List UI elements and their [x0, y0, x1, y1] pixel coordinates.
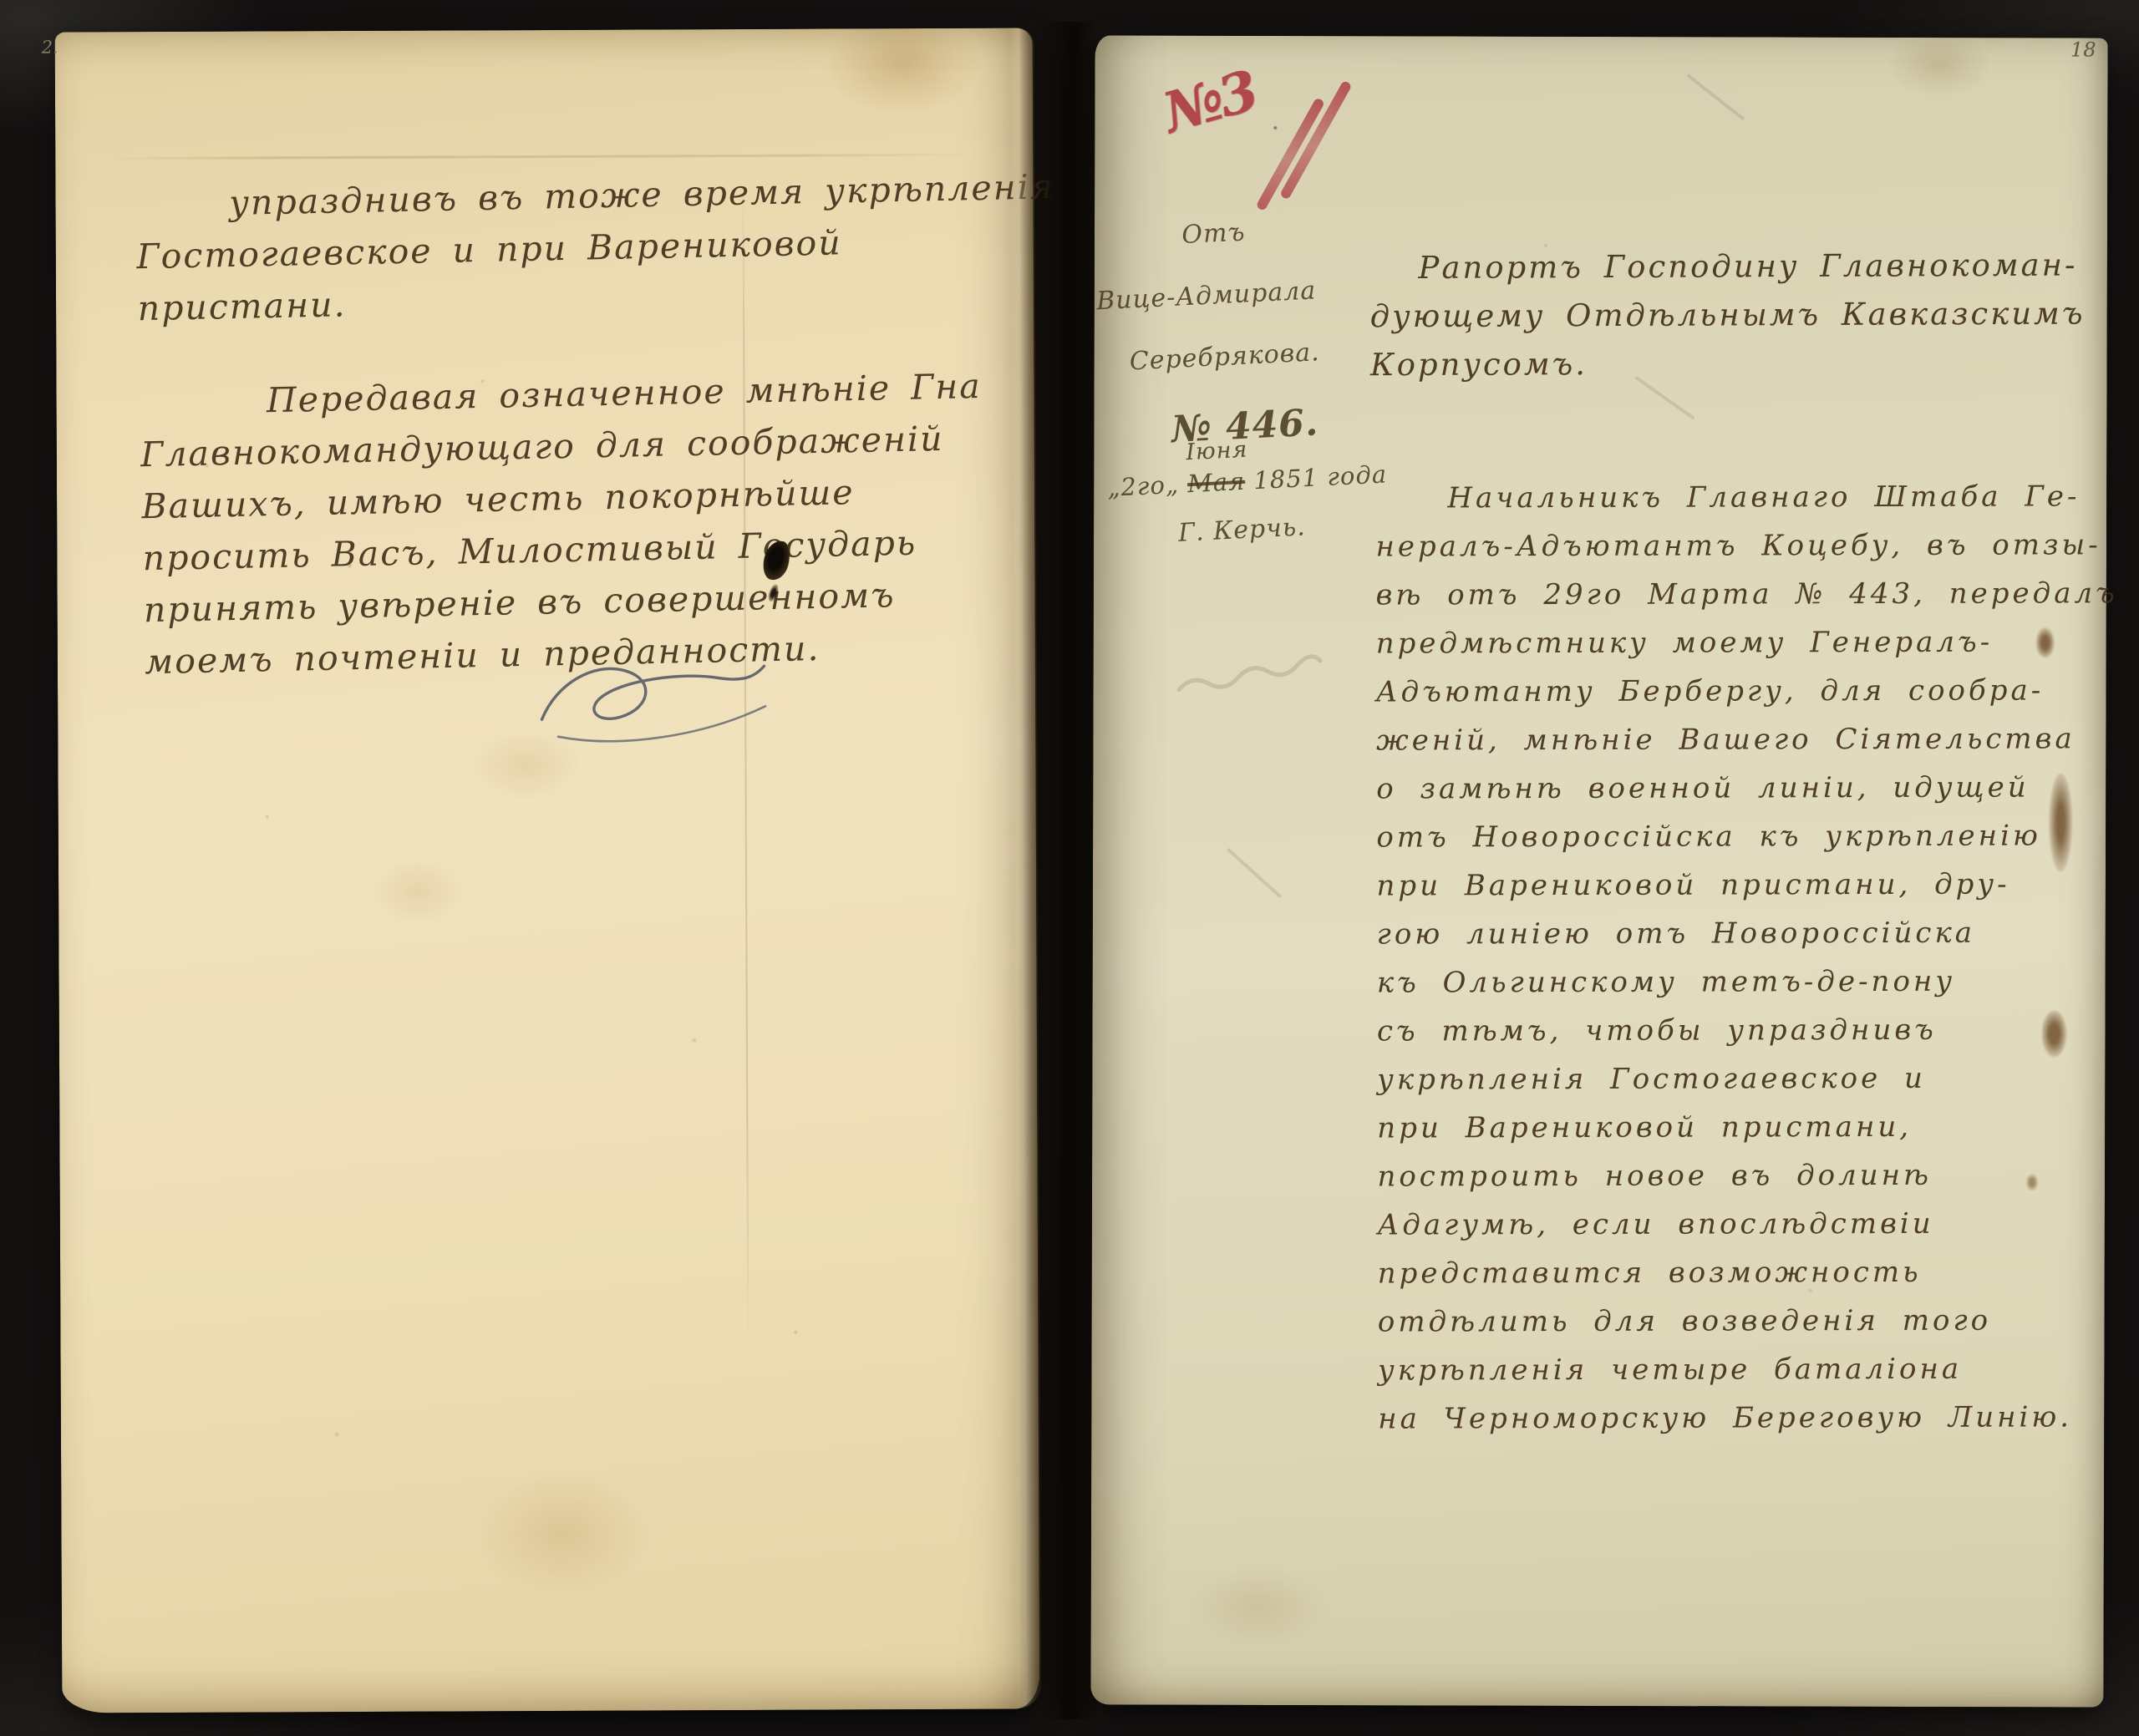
- manuscript-line: построить новое въ долинѣ: [1377, 1150, 2096, 1200]
- manuscript-line: Рапортъ Господину Главнокоман-: [1418, 241, 2088, 292]
- red-folio-mark: №3: [1156, 58, 1263, 145]
- paper-stain: [2036, 627, 2055, 657]
- manuscript-line: при Варениковой пристани,: [1377, 1102, 2096, 1152]
- paper-stain: [2049, 773, 2072, 871]
- page-number-left: 2.: [42, 38, 58, 58]
- paper-fold-line: [105, 154, 974, 160]
- red-crayon-slash: [1279, 80, 1352, 201]
- manuscript-line: представится возможность: [1378, 1247, 2096, 1297]
- signature-flourish: [522, 641, 780, 759]
- red-folio-mark-text: №3: [1156, 58, 1263, 145]
- report-heading: Рапортъ Господину Главнокоман- дующему О…: [1369, 241, 2089, 390]
- right-page: 18 №3 Отъ Вице-Адмирала Серебрякова. № 4…: [1090, 35, 2107, 1707]
- manuscript-line: предмѣстнику моему Генералъ-: [1376, 617, 2095, 667]
- manuscript-line: Адагумѣ, если впослѣдствіи: [1377, 1199, 2096, 1249]
- manuscript-line: отъ Новороссійска къ укрѣпленію: [1376, 811, 2095, 861]
- manuscript-line: дующему Отдѣльнымъ Кавказскимъ: [1370, 290, 2089, 342]
- margin-note-line: Отъ: [1181, 217, 1247, 250]
- manuscript-line: при Варениковой пристани, дру-: [1376, 860, 2095, 910]
- margin-note-line: Вице-Адмирала: [1095, 276, 1317, 316]
- pencil-hatch-mark: [1227, 848, 1282, 899]
- margin-note-line: Серебрякова.: [1129, 338, 1320, 376]
- date-day: „2го„: [1106, 470, 1179, 502]
- manuscript-line: женій, мнѣніе Вашего Сіятельства: [1376, 714, 2095, 764]
- paper-stain: [2041, 1010, 2066, 1057]
- photographed-manuscript: 2. упразднивъ въ тоже время укрѣпленія Г…: [0, 0, 2139, 1736]
- inserted-month: Іюня: [1186, 437, 1249, 466]
- place-line: Г. Керчь.: [1177, 512, 1306, 548]
- manuscript-line: съ тѣмъ, чтобы упразднивъ: [1377, 1005, 2096, 1055]
- manuscript-line: Начальникъ Главнаго Штаба Ге-: [1447, 472, 2094, 522]
- date-line: „2го„ Мая 1851 года: [1106, 459, 1387, 502]
- manuscript-line: отдѣлить для возведенія того: [1378, 1296, 2096, 1346]
- paper-stain: [2026, 1174, 2038, 1190]
- manuscript-line: Корпусомъ.: [1370, 338, 2089, 390]
- manuscript-line: укрѣпленія Гостогаевское и: [1377, 1053, 2096, 1104]
- pencil-hatch-mark: [1686, 74, 1745, 120]
- date-year: 1851 года: [1253, 459, 1388, 495]
- manuscript-line: Адъютанту Бербергу, для сообра-: [1376, 666, 2095, 716]
- manuscript-line: нералъ-Адъютантъ Коцебу, въ отзы-: [1375, 520, 2094, 571]
- page-number-right: 18: [2070, 38, 2096, 61]
- left-page-text: упразднивъ въ тоже время укрѣпленія Гост…: [135, 166, 797, 688]
- sender-margin-note: Отъ Вице-Адмирала Серебрякова. № 446. Ію…: [1090, 205, 1391, 569]
- left-page: 2. упразднивъ въ тоже время укрѣпленія Г…: [55, 28, 1040, 1713]
- manuscript-line: къ Ольгинскому тетъ-де-пону: [1377, 957, 2096, 1007]
- report-body: Начальникъ Главнаго Штаба Ге- нералъ-Адъ…: [1375, 472, 2096, 1443]
- manuscript-line: на Черноморскую Береговую Линію.: [1378, 1393, 2096, 1443]
- paragraph: упразднивъ въ тоже время укрѣпленія Гост…: [135, 166, 790, 335]
- manuscript-line: вѣ отъ 29го Марта № 443, передалъ: [1376, 569, 2095, 619]
- struck-month: Мая: [1186, 467, 1246, 498]
- manuscript-line: о замѣнѣ военной линіи, идущей: [1376, 763, 2095, 813]
- manuscript-line: укрѣпленія четыре баталіона: [1378, 1344, 2096, 1394]
- paragraph: Передавая означенное мнѣніе Гна Главноко…: [139, 364, 796, 688]
- faint-pencil-scribble: [1170, 637, 1334, 713]
- manuscript-line: гою линіею отъ Новороссійска: [1377, 908, 2096, 958]
